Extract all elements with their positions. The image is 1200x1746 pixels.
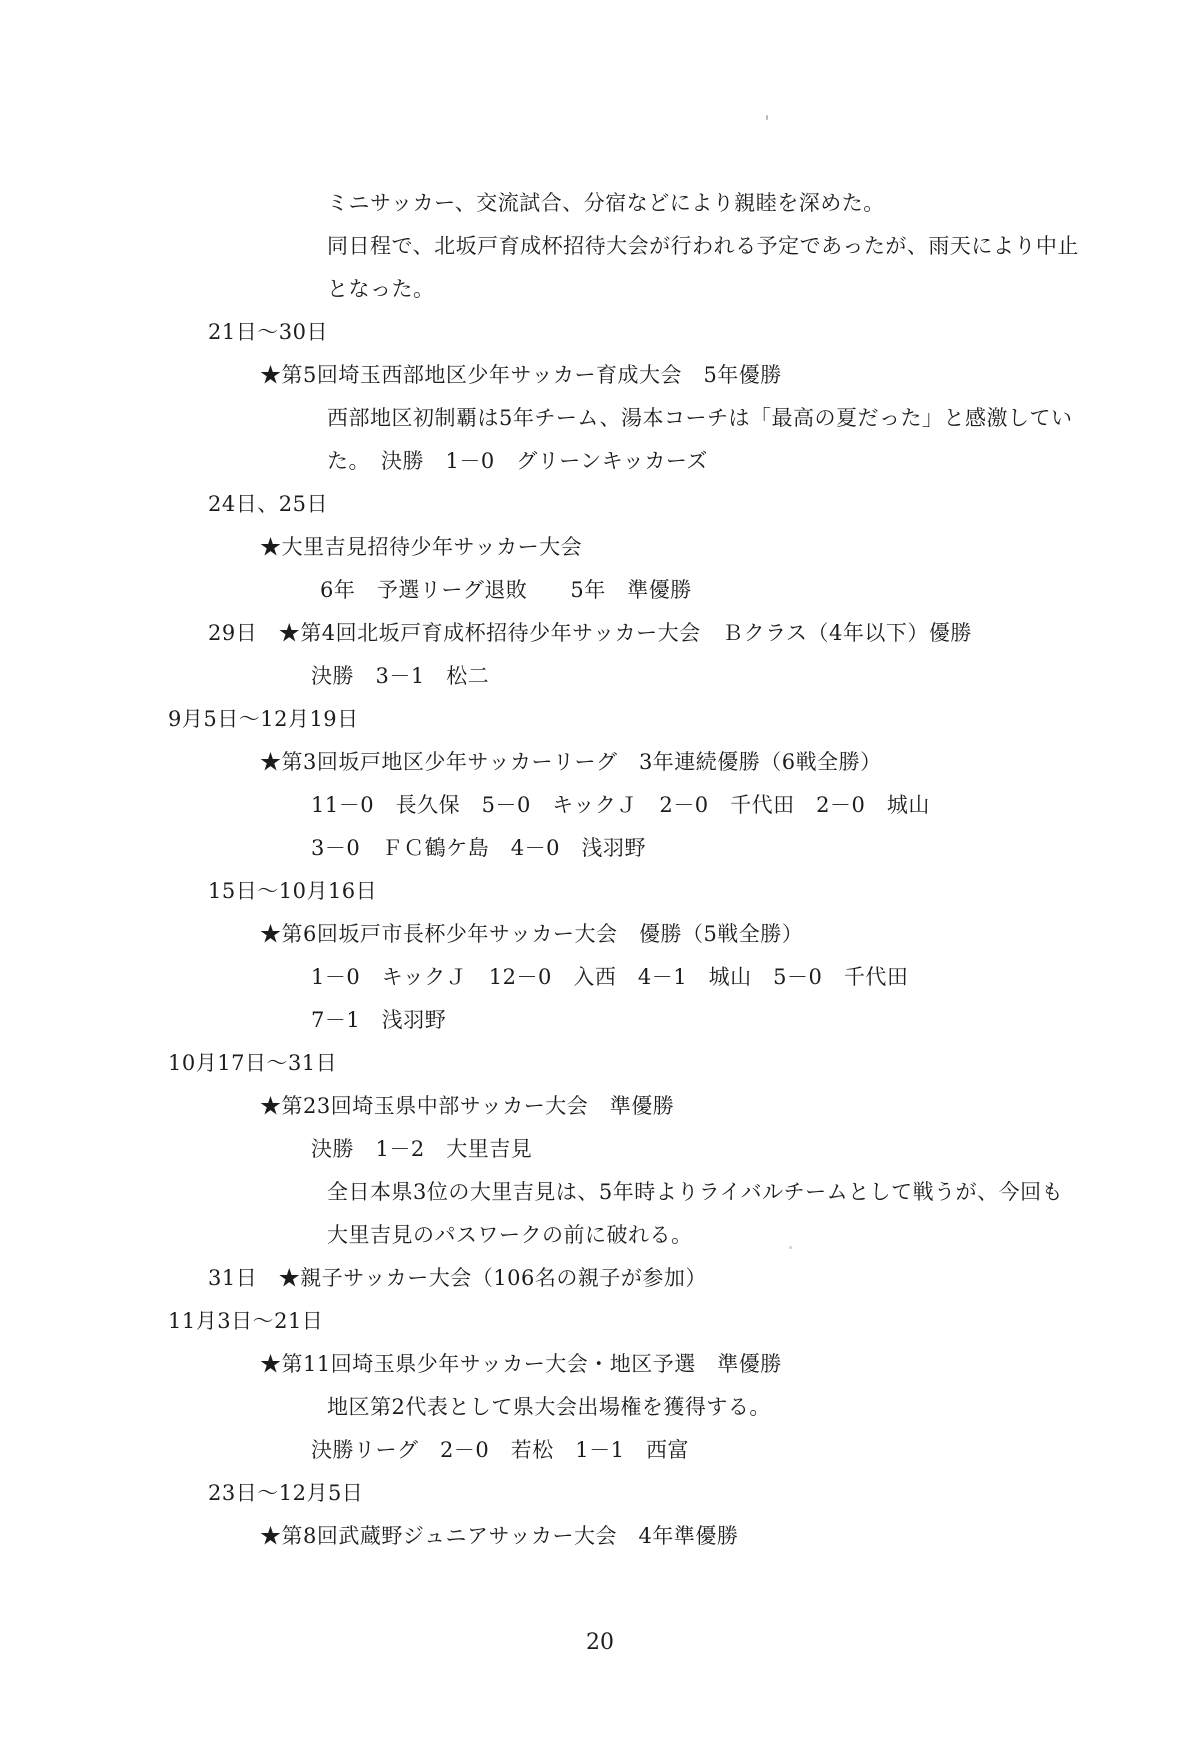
- scan-speck: [766, 115, 768, 120]
- result-line: 11－0 長久保 5－0 キックＪ 2－0 千代田 2－0 城山: [0, 784, 1200, 827]
- date-line: 24日、25日: [0, 483, 1200, 526]
- result-line: た。 決勝 1－0 グリーンキッカーズ: [0, 440, 1200, 483]
- body-text-line: 大里吉見のパスワークの前に破れる。: [0, 1214, 1200, 1257]
- event-title-line: ★第5回埼玉西部地区少年サッカー育成大会 5年優勝: [0, 354, 1200, 397]
- result-line: 3－0 ＦＣ鶴ケ島 4－0 浅羽野: [0, 827, 1200, 870]
- date-line: 11月3日〜21日: [0, 1300, 1200, 1343]
- scanned-document-page: ミニサッカー、交流試合、分宿などにより親睦を深めた。 同日程で、北坂戸育成杯招待…: [0, 0, 1200, 1746]
- event-title-line: ★第11回埼玉県少年サッカー大会・地区予選 準優勝: [0, 1343, 1200, 1386]
- body-text-line: ミニサッカー、交流試合、分宿などにより親睦を深めた。: [0, 182, 1200, 225]
- date-line: 23日〜12月5日: [0, 1472, 1200, 1515]
- result-line: 6年 予選リーグ退敗 5年 準優勝: [0, 569, 1200, 612]
- event-title-line: ★第23回埼玉県中部サッカー大会 準優勝: [0, 1085, 1200, 1128]
- event-title-line: ★第6回坂戸市長杯少年サッカー大会 優勝（5戦全勝）: [0, 913, 1200, 956]
- result-line: 1－0 キックＪ 12－0 入西 4－1 城山 5－0 千代田: [0, 956, 1200, 999]
- event-title-line: ★第3回坂戸地区少年サッカーリーグ 3年連続優勝（6戦全勝）: [0, 741, 1200, 784]
- body-text-line: 同日程で、北坂戸育成杯招待大会が行われる予定であったが、雨天により中止: [0, 225, 1200, 268]
- document-body: ミニサッカー、交流試合、分宿などにより親睦を深めた。 同日程で、北坂戸育成杯招待…: [0, 182, 1200, 1558]
- date-line: 21日〜30日: [0, 311, 1200, 354]
- result-line: 決勝リーグ 2－0 若松 1－1 西富: [0, 1429, 1200, 1472]
- body-text-line: 西部地区初制覇は5年チーム、湯本コーチは「最高の夏だった」と感激してい: [0, 397, 1200, 440]
- body-text-line: 地区第2代表として県大会出場権を獲得する。: [0, 1386, 1200, 1429]
- body-text-line: 全日本県3位の大里吉見は、5年時よりライバルチームとして戦うが、今回も: [0, 1171, 1200, 1214]
- date-line: 15日〜10月16日: [0, 870, 1200, 913]
- event-title-line: ★第8回武蔵野ジュニアサッカー大会 4年準優勝: [0, 1515, 1200, 1558]
- date-line: 9月5日〜12月19日: [0, 698, 1200, 741]
- event-title-line: 31日 ★親子サッカー大会（106名の親子が参加）: [0, 1257, 1200, 1300]
- result-line: 決勝 1－2 大里吉見: [0, 1128, 1200, 1171]
- result-line: 決勝 3－1 松二: [0, 655, 1200, 698]
- page-number: 20: [0, 1629, 1200, 1657]
- date-line: 10月17日〜31日: [0, 1042, 1200, 1085]
- body-text-line: となった。: [0, 268, 1200, 311]
- event-title-line: ★大里吉見招待少年サッカー大会: [0, 526, 1200, 569]
- result-line: 7－1 浅羽野: [0, 999, 1200, 1042]
- event-title-line: 29日 ★第4回北坂戸育成杯招待少年サッカー大会 Ｂクラス（4年以下）優勝: [0, 612, 1200, 655]
